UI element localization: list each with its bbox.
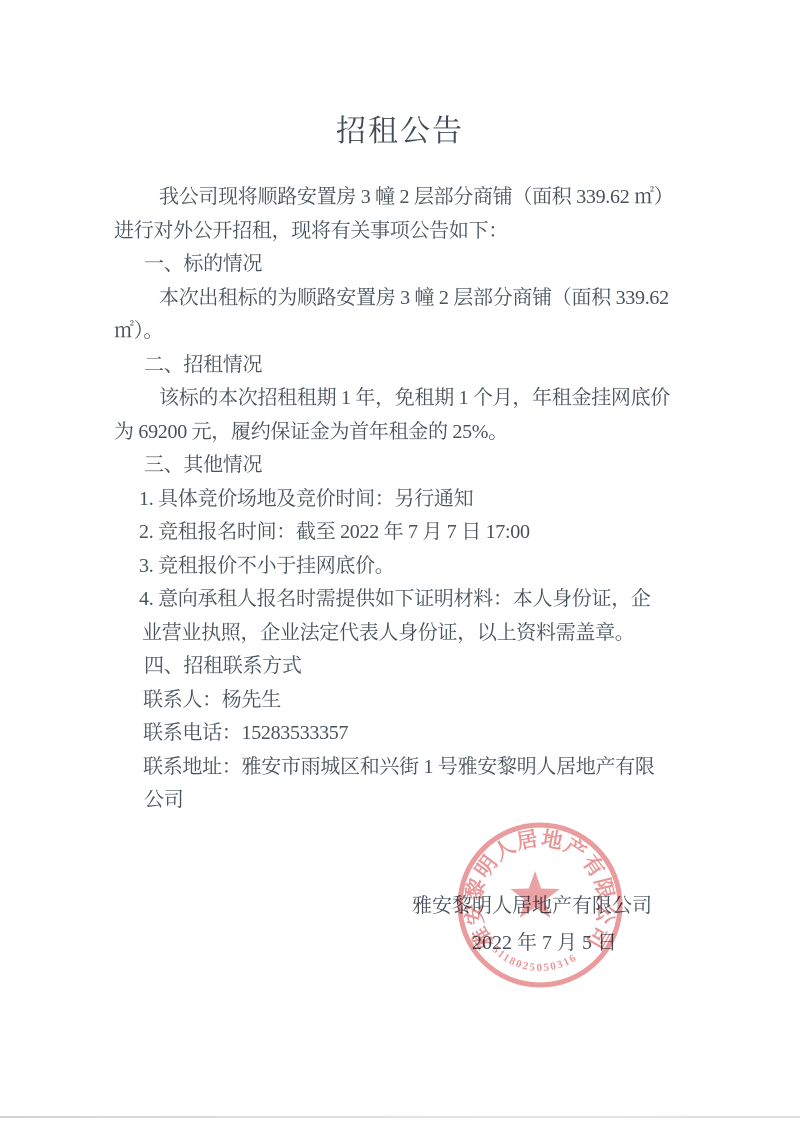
text-line: 联系地址：雅安市雨城区和兴街 1 号雅安黎明人居地产有限 <box>113 751 688 785</box>
text-line: 为 69200 元，履约保证金为首年租金的 25%。 <box>113 416 688 450</box>
text-line: 三、其他情况 <box>113 449 688 483</box>
text-line: 二、招租情况 <box>113 349 688 383</box>
star-icon <box>510 871 559 918</box>
scanned-document-page: 招租公告 我公司现将顺路安置房 3 幢 2 层部分商铺（面积 339.62 ㎡）… <box>0 0 800 1132</box>
text-line: 4. 意向承租人报名时需提供如下证明材料：本人身份证，企 <box>113 583 688 617</box>
text-line: 进行对外公开招租，现将有关事项公告如下： <box>113 215 688 249</box>
text-line: 我公司现将顺路安置房 3 幢 2 层部分商铺（面积 339.62 ㎡） <box>113 181 688 215</box>
scan-edge-artifact <box>0 1116 800 1118</box>
text-line: 本次出租标的为顺路安置房 3 幢 2 层部分商铺（面积 339.62 <box>113 282 688 316</box>
text-line: ㎡）。 <box>113 315 688 349</box>
document-title: 招租公告 <box>0 106 800 150</box>
text-line: 联系电话：15283533357 <box>113 717 688 751</box>
text-line: 3. 竞租报价不小于挂网底价。 <box>113 550 688 584</box>
text-line: 一、标的情况 <box>113 248 688 282</box>
seal-serial-number: 5118025050316 <box>489 944 579 975</box>
text-line: 该标的本次招租租期 1 年，免租期 1 个月，年租金挂网底价 <box>113 382 688 416</box>
text-line: 四、招租联系方式 <box>113 650 688 684</box>
text-line: 2. 竞租报名时间：截至 2022 年 7 月 7 日 17:00 <box>113 516 688 550</box>
document-body: 我公司现将顺路安置房 3 幢 2 层部分商铺（面积 339.62 ㎡）进行对外公… <box>113 181 688 818</box>
text-line: 1. 具体竞价场地及竞价时间：另行通知 <box>113 483 688 517</box>
company-seal-stamp: 雅安黎明人居地产有限公司 5118025050316 <box>447 812 637 1002</box>
text-line: 业营业执照，企业法定代表人身份证，以上资料需盖章。 <box>113 617 688 651</box>
text-line: 联系人：杨先生 <box>113 684 688 718</box>
